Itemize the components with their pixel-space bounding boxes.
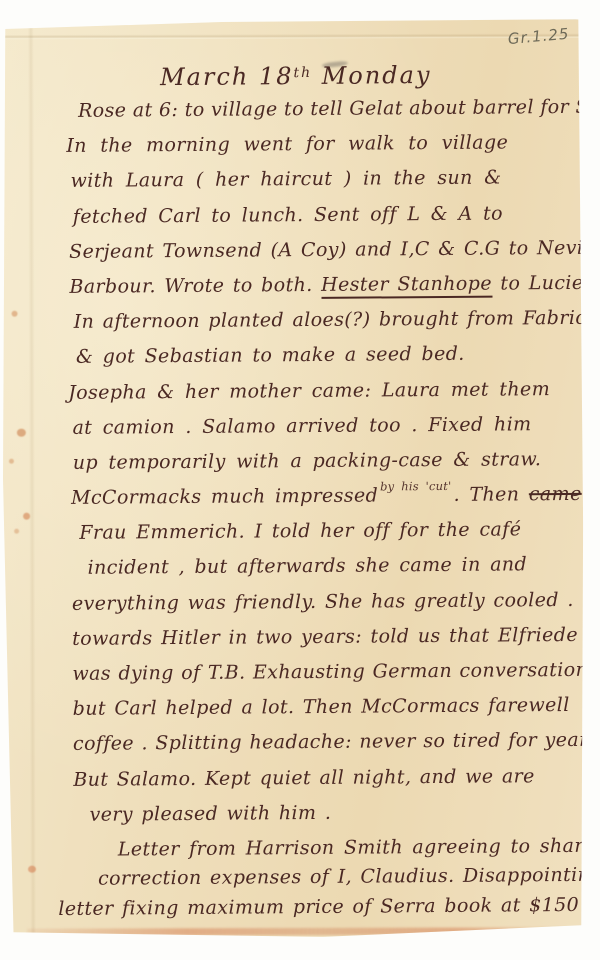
diary-line: towards Hitler in two years: told us tha… (72, 624, 570, 663)
text-segment: at the gate I met (584, 477, 600, 492)
diary-line: up temporarily with a packing-case & str… (73, 448, 569, 487)
text-segment: th (293, 65, 312, 81)
diary-line: Rose at 6: to village to tell Gelat abou… (78, 96, 566, 135)
bottom-edge-stain (27, 927, 561, 935)
foxing-spot (9, 459, 14, 464)
diary-page-photo: Gr.1.25 March 18th Monday Rose at 6: to … (0, 0, 600, 960)
entry-body: Rose at 6: to village to tell Gelat abou… (66, 96, 572, 927)
text-segment: Monday (312, 61, 432, 90)
text-segment: . Then (453, 483, 528, 506)
diary-line: In the morning went for walk to village (66, 131, 566, 170)
diary-line: But Salamo. Kept quiet all night, and we… (73, 765, 571, 804)
foxing-spot (17, 429, 26, 437)
text-segment: to Lucie. (492, 272, 590, 295)
text-segment: came (529, 483, 582, 505)
diary-line: incident , but afterwards she came in an… (88, 553, 570, 592)
diary-line: letter fixing maximum price of Serra boo… (58, 894, 572, 928)
paper-crease (2, 33, 582, 40)
diary-line: very pleased with him . (89, 800, 571, 839)
entry-date-heading: March 18th Monday (66, 60, 566, 92)
foxing-spot (12, 311, 18, 317)
text-segment: by his 'cut' (380, 479, 451, 494)
diary-line: everything was friendly. She has greatly… (72, 589, 570, 628)
diary-line: Serjeant Townsend (A Coy) and I,C & C.G … (69, 237, 567, 276)
diary-line: Barbour. Wrote to both. Hester Stanhope … (69, 272, 567, 311)
diary-line: & got Sebastian to make a seed bed. (76, 342, 568, 381)
paper-fold-line (28, 21, 36, 938)
diary-line: at camion . Salamo arrived too . Fixed h… (72, 413, 568, 452)
diary-line: correction expenses of I, Claudius. Disa… (98, 864, 572, 897)
diary-line: In afternoon planted aloes(?) brought fr… (74, 307, 568, 346)
diary-entry: March 18th Monday Rose at 6: to village … (66, 60, 573, 927)
diary-line: but Carl helped a lot. Then McCormacs fa… (73, 694, 571, 733)
diary-line: with Laura ( her haircut ) in the sun & (70, 166, 566, 205)
diary-line: Frau Emmerich. I told her off for the ca… (79, 518, 569, 557)
diary-line: Letter from Harrison Smith agreeing to s… (118, 835, 572, 868)
diary-line: was dying of T.B. Exhausting German conv… (72, 659, 570, 698)
diary-line: fetched Carl to lunch. Sent off L & A to (73, 202, 567, 241)
diary-line: coffee . Splitting headache: never so ti… (73, 729, 571, 768)
paper-sheet: Gr.1.25 March 18th Monday Rose at 6: to … (2, 19, 584, 938)
diary-line: McCormacks much impressedby his 'cut'. T… (71, 483, 569, 522)
text-segment: Barbour. Wrote to both. (69, 274, 321, 298)
foxing-spot (23, 513, 30, 520)
foxing-spot (28, 866, 36, 873)
text-segment: McCormacks much impressed (71, 485, 378, 509)
foxing-spot (14, 529, 19, 534)
archival-shelfmark: Gr.1.25 (508, 25, 571, 48)
diary-line: Josepha & her mother came: Laura met the… (68, 377, 568, 416)
text-segment: March 18 (160, 62, 294, 91)
text-segment: Hester Stanhope (321, 273, 492, 299)
